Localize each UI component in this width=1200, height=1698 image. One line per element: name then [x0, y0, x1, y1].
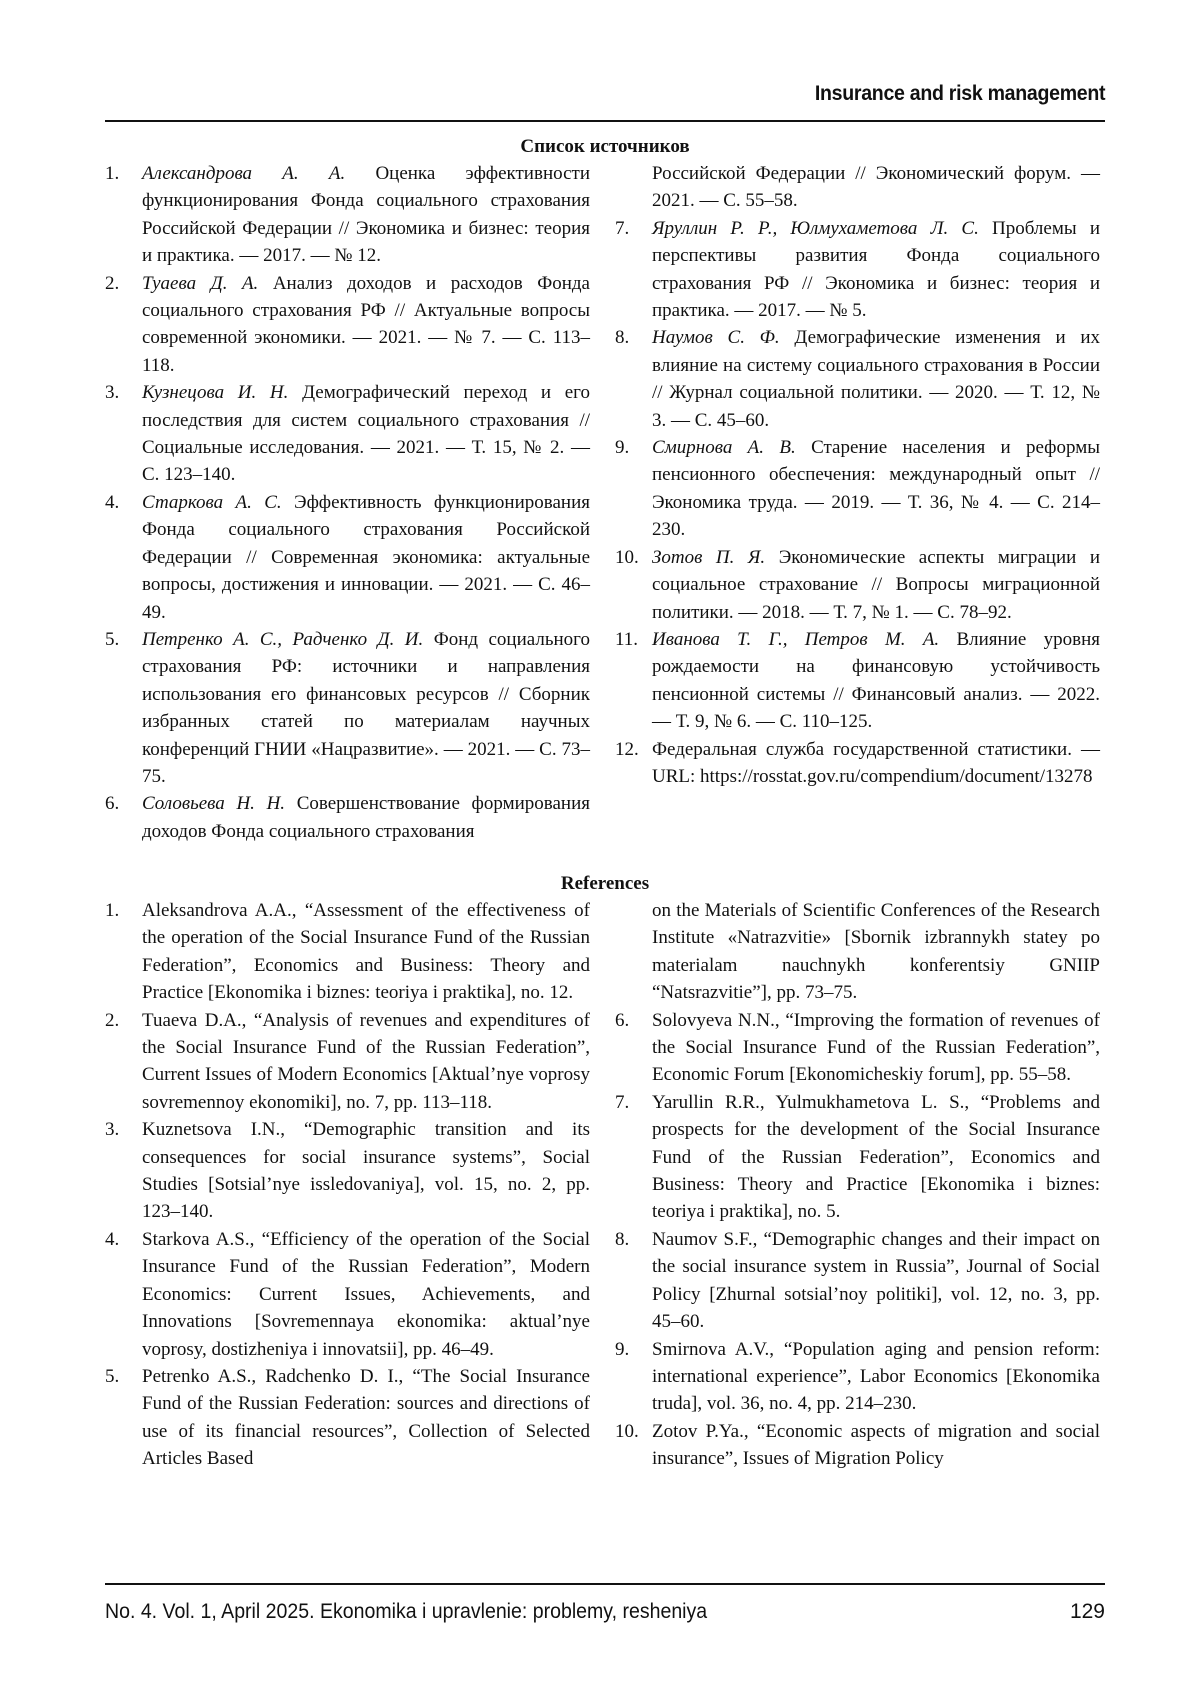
reference-body: on the Materials of Scientific Conferenc… — [652, 900, 1100, 1003]
reference-text: on the Materials of Scientific Conferenc… — [652, 897, 1100, 1007]
reference-item: 7.Yarullin R.R., Yulmukhametova L. S., “… — [615, 1089, 1100, 1226]
reference-text: Solovyeva N.N., “Improving the formation… — [652, 1007, 1100, 1089]
footer-rule — [105, 1583, 1105, 1585]
reference-author: Зотов П. Я. — [652, 547, 765, 568]
reference-item: 5.Петренко А. С., Радченко Д. И. Фонд со… — [105, 626, 590, 790]
reference-number: 9. — [615, 434, 652, 544]
english-references-right-column: on the Materials of Scientific Conferenc… — [615, 897, 1100, 1473]
reference-text: Tuaeva D.A., “Analysis of revenues and e… — [142, 1007, 590, 1117]
reference-item: 6.Соловьева Н. Н. Совершенствование форм… — [105, 790, 590, 845]
reference-body: Федеральная служба государственной стати… — [652, 739, 1100, 787]
reference-number — [615, 897, 652, 1007]
reference-text: Федеральная служба государственной стати… — [652, 736, 1100, 791]
reference-text: Зотов П. Я. Экономические аспекты миграц… — [652, 544, 1100, 626]
reference-number: 5. — [105, 1363, 142, 1473]
reference-item: 10.Zotov P.Ya., “Economic aspects of mig… — [615, 1418, 1100, 1473]
reference-number: 5. — [105, 626, 142, 790]
reference-body: Yarullin R.R., Yulmukhametova L. S., “Pr… — [652, 1092, 1100, 1223]
reference-text: Туаева Д. А. Анализ доходов и расходов Ф… — [142, 270, 590, 380]
reference-number: 3. — [105, 1116, 142, 1226]
reference-number: 4. — [105, 489, 142, 626]
reference-author: Петренко А. С., Радченко Д. И. — [142, 629, 423, 650]
reference-author: Старкова А. С. — [142, 492, 282, 513]
reference-item: 7.Яруллин Р. Р., Юлмухаметова Л. С. Проб… — [615, 215, 1100, 325]
reference-text: Смирнова А. В. Старение населения и рефо… — [652, 434, 1100, 544]
reference-item: 1.Александрова А. А. Оценка эффективност… — [105, 160, 590, 270]
reference-body: Naumov S.F., “Demographic changes and th… — [652, 1229, 1100, 1332]
reference-number: 6. — [615, 1007, 652, 1089]
russian-references-left-column: 1.Александрова А. А. Оценка эффективност… — [105, 160, 590, 845]
reference-author: Кузнецова И. Н. — [142, 382, 288, 403]
reference-body: Aleksandrova A.A., “Assessment of the ef… — [142, 900, 590, 1003]
reference-item: 4.Starkova A.S., “Efficiency of the oper… — [105, 1226, 590, 1363]
reference-item: 5.Petrenko A.S., Radchenko D. I., “The S… — [105, 1363, 590, 1473]
reference-text: Соловьева Н. Н. Совершенствование формир… — [142, 790, 590, 845]
reference-body: Solovyeva N.N., “Improving the formation… — [652, 1010, 1100, 1086]
reference-number: 7. — [615, 1089, 652, 1226]
reference-text: Александрова А. А. Оценка эффективности … — [142, 160, 590, 270]
reference-text: Наумов С. Ф. Демографические изменения и… — [652, 324, 1100, 434]
reference-number: 4. — [105, 1226, 142, 1363]
reference-body: Фонд социального страхования РФ: источни… — [142, 629, 590, 787]
reference-item: 8.Наумов С. Ф. Демографические изменения… — [615, 324, 1100, 434]
reference-body: Российской Федерации // Экономический фо… — [652, 163, 1100, 211]
reference-body: Tuaeva D.A., “Analysis of revenues and e… — [142, 1010, 590, 1113]
reference-number: 10. — [615, 1418, 652, 1473]
reference-number: 2. — [105, 1007, 142, 1117]
reference-item: 11.Иванова Т. Г., Петров М. А. Влияние у… — [615, 626, 1100, 736]
reference-number: 11. — [615, 626, 652, 736]
reference-number: 10. — [615, 544, 652, 626]
reference-text: Naumov S.F., “Demographic changes and th… — [652, 1226, 1100, 1336]
page-footer: No. 4. Vol. 1, April 2025. Ekonomika i u… — [105, 1600, 1105, 1624]
reference-number: 3. — [105, 379, 142, 489]
reference-item: 12.Федеральная служба государственной ст… — [615, 736, 1100, 791]
reference-item: 4.Старкова А. С. Эффективность функциони… — [105, 489, 590, 626]
running-head-title: Insurance and risk management — [815, 82, 1105, 106]
russian-references-title: Список источников — [105, 136, 1105, 158]
reference-item: 10.Зотов П. Я. Экономические аспекты миг… — [615, 544, 1100, 626]
reference-number: 1. — [105, 160, 142, 270]
reference-item: 2.Туаева Д. А. Анализ доходов и расходов… — [105, 270, 590, 380]
reference-number: 6. — [105, 790, 142, 845]
reference-item: 6.Solovyeva N.N., “Improving the formati… — [615, 1007, 1100, 1089]
reference-item: 3.Кузнецова И. Н. Демографический перехо… — [105, 379, 590, 489]
reference-number: 8. — [615, 324, 652, 434]
reference-author: Александрова А. А. — [142, 163, 345, 184]
reference-author: Наумов С. Ф. — [652, 327, 780, 348]
reference-author: Смирнова А. В. — [652, 437, 796, 458]
reference-author: Соловьева Н. Н. — [142, 793, 285, 814]
reference-author: Иванова Т. Г., Петров М. А. — [652, 629, 939, 650]
reference-text: Яруллин Р. Р., Юлмухаметова Л. С. Пробле… — [652, 215, 1100, 325]
reference-text: Starkova A.S., “Efficiency of the operat… — [142, 1226, 590, 1363]
reference-author: Яруллин Р. Р., Юлмухаметова Л. С. — [652, 218, 979, 239]
reference-item: 3.Kuznetsova I.N., “Demographic transiti… — [105, 1116, 590, 1226]
reference-text: Kuznetsova I.N., “Demographic transition… — [142, 1116, 590, 1226]
reference-text: Старкова А. С. Эффективность функциониро… — [142, 489, 590, 626]
reference-item: 9.Smirnova A.V., “Population aging and p… — [615, 1336, 1100, 1418]
journal-citation: No. 4. Vol. 1, April 2025. Ekonomika i u… — [105, 1600, 707, 1624]
reference-item: 8.Naumov S.F., “Demographic changes and … — [615, 1226, 1100, 1336]
reference-author: Туаева Д. А. — [142, 273, 258, 294]
english-references-left-column: 1.Aleksandrova A.A., “Assessment of the … — [105, 897, 590, 1473]
page-number: 129 — [1070, 1600, 1105, 1624]
reference-item: 2.Tuaeva D.A., “Analysis of revenues and… — [105, 1007, 590, 1117]
reference-number: 12. — [615, 736, 652, 791]
reference-text: Петренко А. С., Радченко Д. И. Фонд соци… — [142, 626, 590, 790]
header-rule — [105, 120, 1105, 122]
reference-text: Кузнецова И. Н. Демографический переход … — [142, 379, 590, 489]
reference-number — [615, 160, 652, 215]
reference-body: Petrenko A.S., Radchenko D. I., “The Soc… — [142, 1366, 590, 1469]
reference-text: Российской Федерации // Экономический фо… — [652, 160, 1100, 215]
reference-body: Starkova A.S., “Efficiency of the operat… — [142, 1229, 590, 1360]
reference-text: Smirnova A.V., “Population aging and pen… — [652, 1336, 1100, 1418]
russian-references-right-column: Российской Федерации // Экономический фо… — [615, 160, 1100, 790]
reference-number: 8. — [615, 1226, 652, 1336]
reference-item: 9.Смирнова А. В. Старение населения и ре… — [615, 434, 1100, 544]
reference-number: 9. — [615, 1336, 652, 1418]
reference-item: on the Materials of Scientific Conferenc… — [615, 897, 1100, 1007]
reference-number: 2. — [105, 270, 142, 380]
reference-body: Smirnova A.V., “Population aging and pen… — [652, 1339, 1100, 1415]
reference-text: Aleksandrova A.A., “Assessment of the ef… — [142, 897, 590, 1007]
reference-item: Российской Федерации // Экономический фо… — [615, 160, 1100, 215]
reference-body: Kuznetsova I.N., “Demographic transition… — [142, 1119, 590, 1222]
english-references-title: References — [105, 873, 1105, 895]
reference-text: Yarullin R.R., Yulmukhametova L. S., “Pr… — [652, 1089, 1100, 1226]
reference-body: Zotov P.Ya., “Economic aspects of migrat… — [652, 1421, 1100, 1469]
reference-text: Иванова Т. Г., Петров М. А. Влияние уров… — [652, 626, 1100, 736]
reference-item: 1.Aleksandrova A.A., “Assessment of the … — [105, 897, 590, 1007]
reference-text: Zotov P.Ya., “Economic aspects of migrat… — [652, 1418, 1100, 1473]
reference-number: 7. — [615, 215, 652, 325]
reference-text: Petrenko A.S., Radchenko D. I., “The Soc… — [142, 1363, 590, 1473]
reference-number: 1. — [105, 897, 142, 1007]
